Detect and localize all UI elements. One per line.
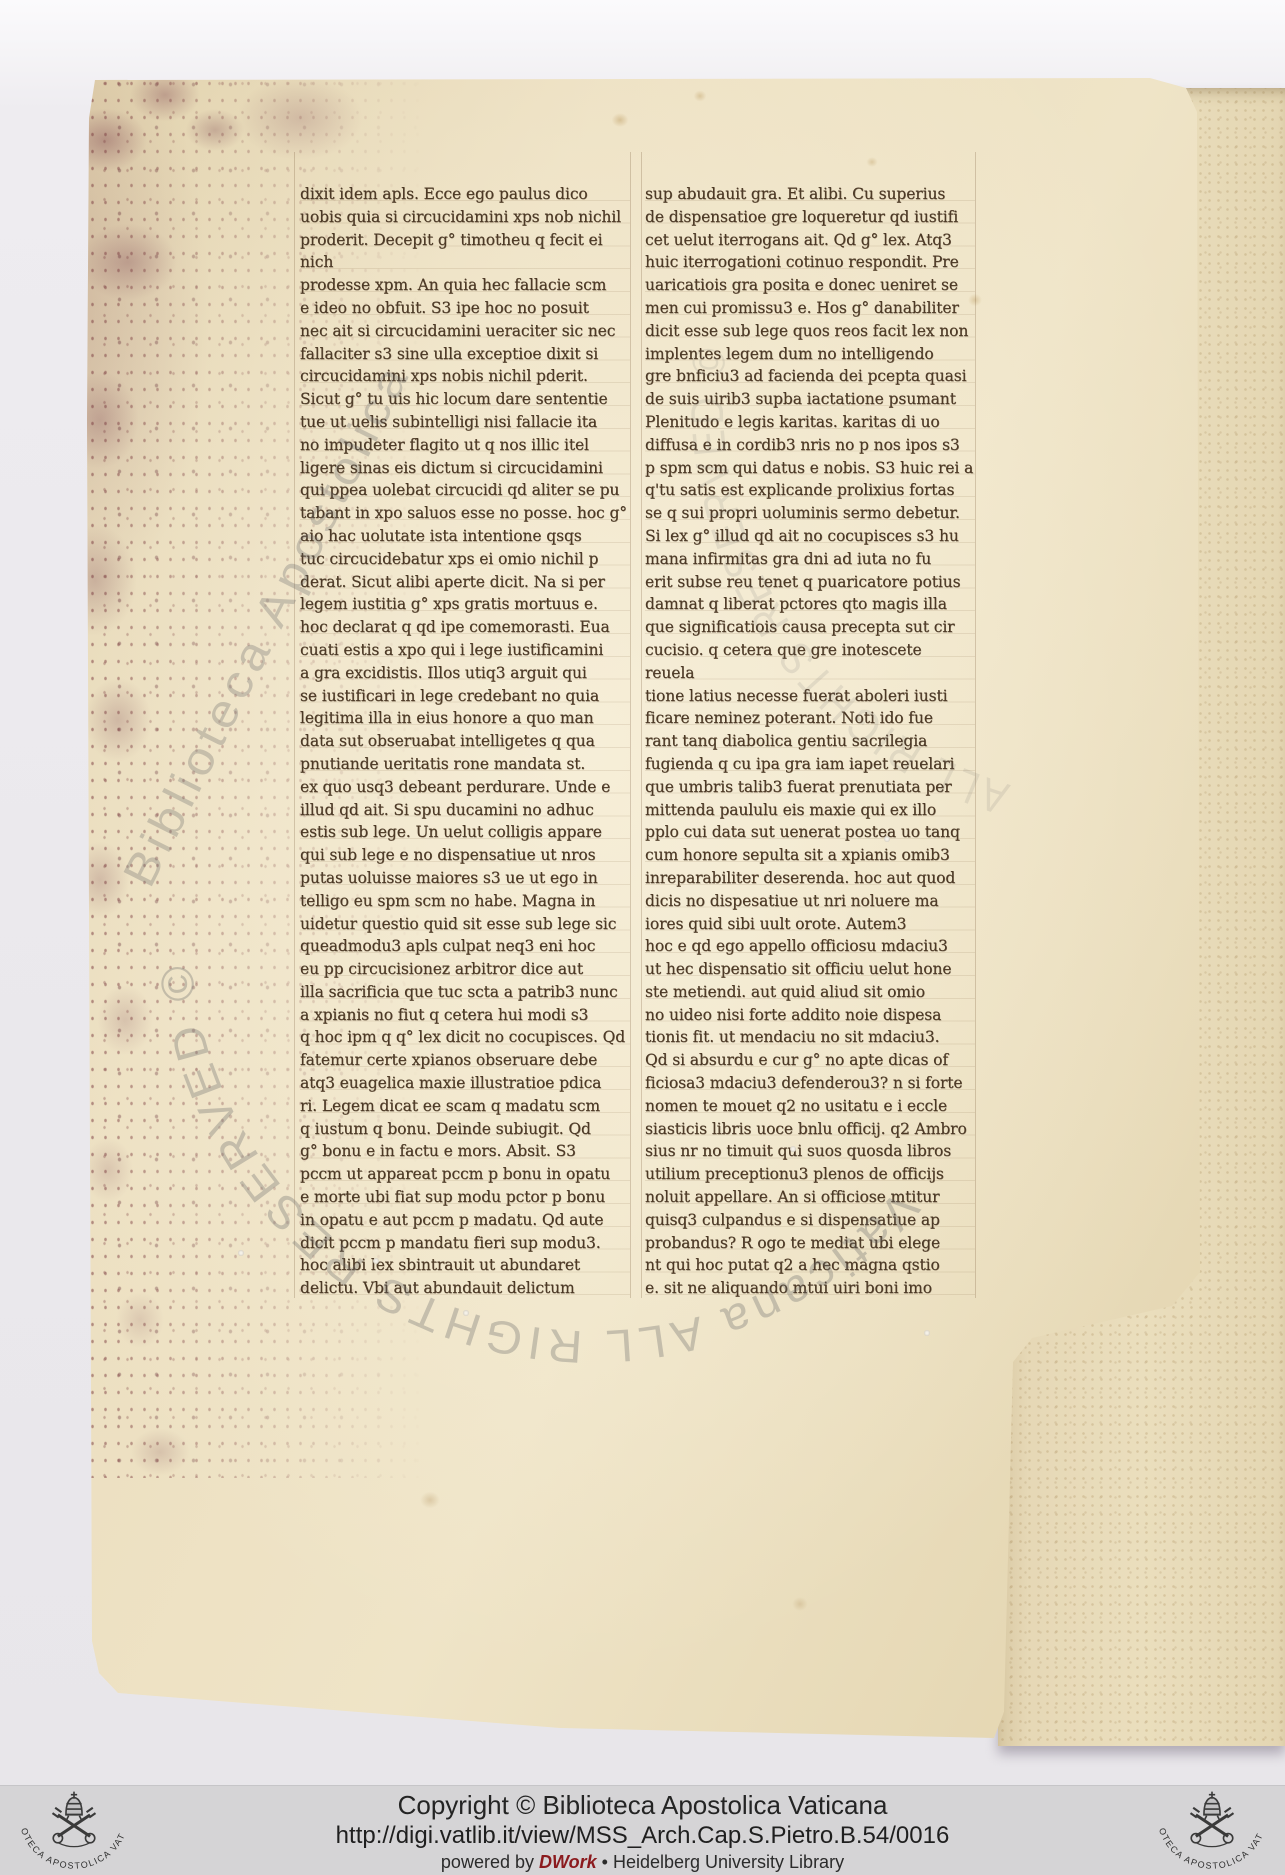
powered-by-suffix: • Heidelberg University Library — [597, 1852, 844, 1872]
source-url-link[interactable]: http://digi.vatlib.it/view/MSS_Arch.Cap.… — [0, 1821, 1285, 1850]
powered-by-line: powered by DWork • Heidelberg University… — [0, 1850, 1285, 1874]
parchment-hole — [373, 1258, 379, 1264]
parchment-hole — [238, 1250, 244, 1256]
ruling-guide — [975, 152, 976, 1298]
ruling-guide — [294, 152, 295, 1298]
text-column-right: sup abudauit gra. Et alibi. Cu superius … — [645, 183, 975, 1300]
dwork-wordmark: DWork — [539, 1852, 597, 1872]
ruling-guide — [641, 152, 642, 1298]
parchment-hole — [463, 1310, 469, 1316]
manuscript-scan: dixit idem apls. Ecce ego paulus dico uo… — [0, 0, 1285, 1875]
copyright-line: Copyright © Biblioteca Apostolica Vatica… — [0, 1790, 1285, 1821]
ruling-guide — [630, 152, 631, 1298]
powered-by-prefix: powered by — [441, 1852, 539, 1872]
footer-bar: BIBLIOTECA APOSTOLICA VATICANA — [0, 1785, 1285, 1875]
parchment-hole — [790, 1146, 796, 1152]
parchment-hole — [924, 1330, 930, 1336]
text-column-left: dixit idem apls. Ecce ego paulus dico uo… — [300, 183, 630, 1300]
parchment-hole — [884, 836, 890, 842]
